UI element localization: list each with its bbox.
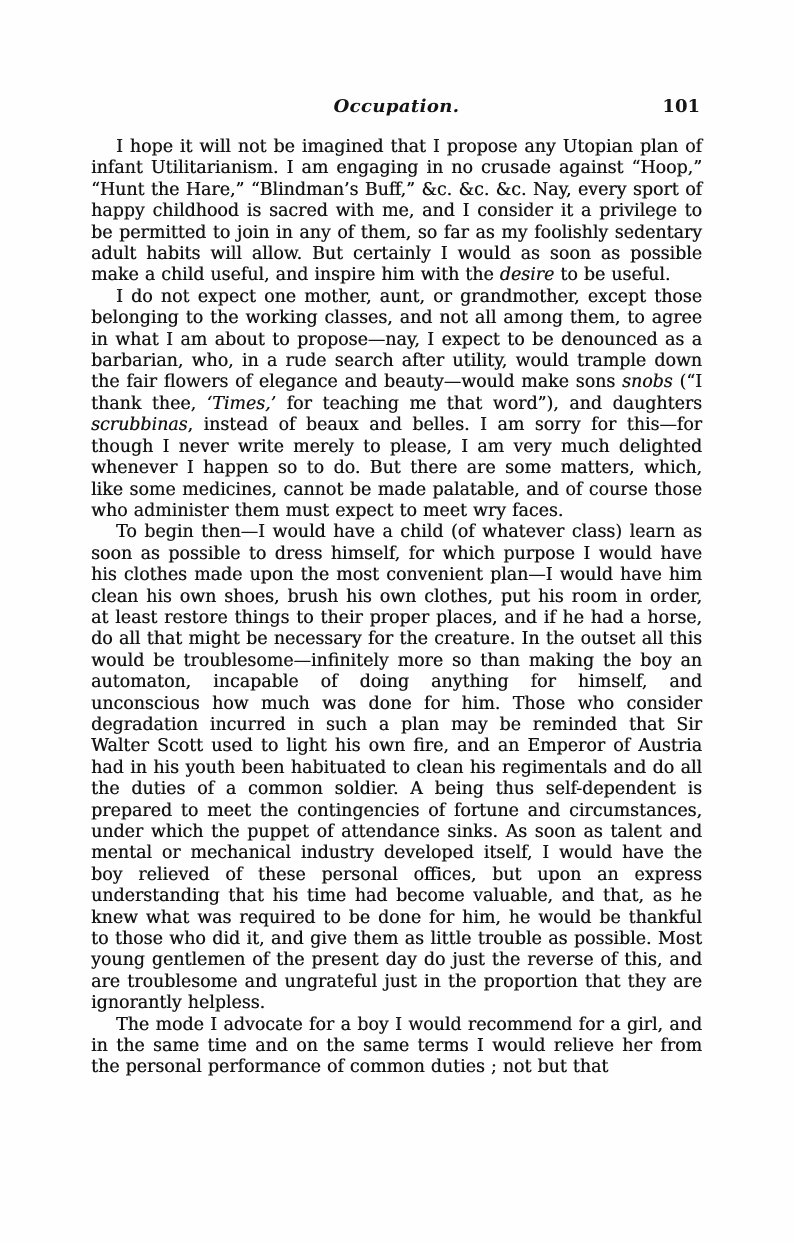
text-run: to be useful.	[554, 265, 670, 285]
text-run: To begin then—I would have a child (of w…	[91, 522, 702, 1013]
paragraph-to-begin-then: To begin then—I would have a child (of w…	[91, 522, 702, 1014]
text-run-italic: scrubbinas	[91, 415, 188, 435]
text-run: I hope it will not be imagined that I pr…	[91, 137, 702, 285]
page-header: Occupation. 101	[91, 96, 702, 120]
running-title: Occupation.	[91, 96, 702, 117]
text-run-italic: snobs	[622, 372, 673, 392]
paragraph-mode-for-girl: The mode I advocate for a boy I would re…	[91, 1015, 702, 1079]
text-run-italic: ‘Times,’	[207, 394, 276, 414]
text-run: The mode I advocate for a boy I would re…	[91, 1015, 702, 1078]
paragraph-utopian-plan: I hope it will not be imagined that I pr…	[91, 137, 702, 287]
text-run-italic: desire	[500, 265, 555, 285]
page-body: I hope it will not be imagined that I pr…	[91, 137, 702, 1079]
book-page: Occupation. 101 I hope it will not be im…	[0, 0, 794, 1243]
paragraph-mothers-aunts: I do not expect one mother, aunt, or gra…	[91, 287, 702, 522]
text-run: for teaching me that word”), and daughte…	[276, 394, 702, 414]
text-run: I do not expect one mother, aunt, or gra…	[91, 287, 702, 393]
page-number: 101	[662, 96, 700, 117]
